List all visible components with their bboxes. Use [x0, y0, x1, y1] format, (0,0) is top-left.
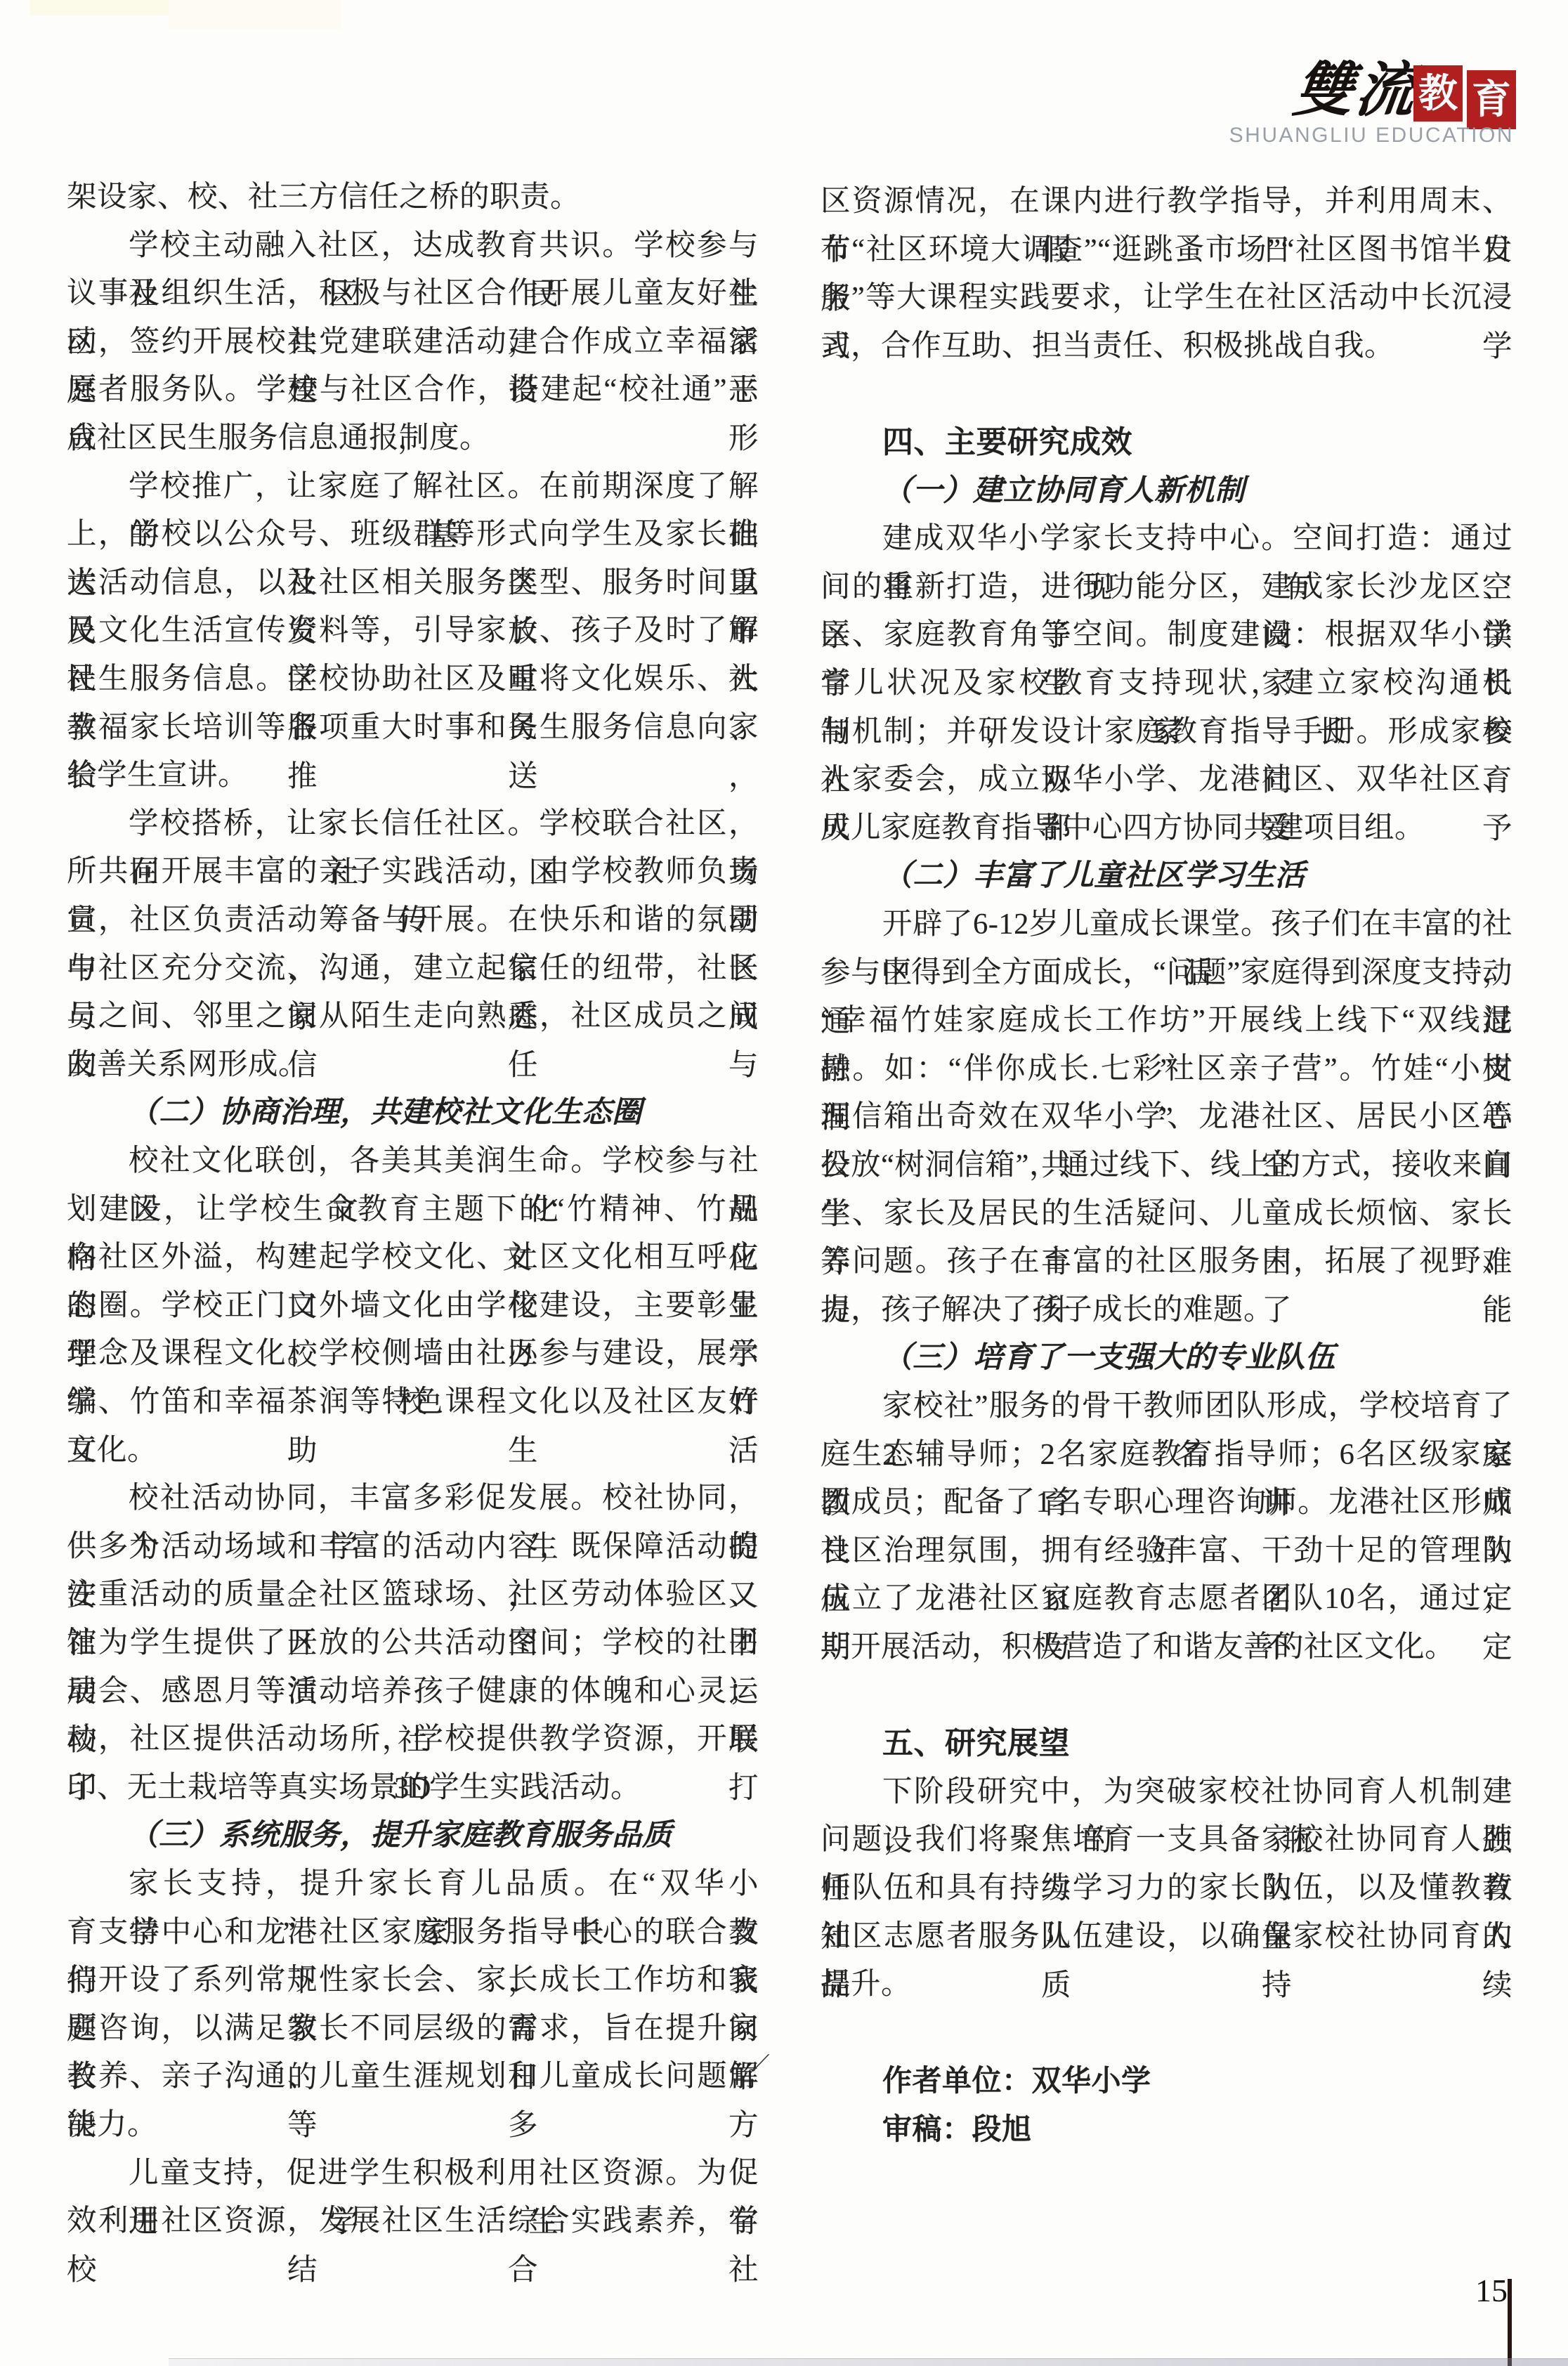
- text-line: 态圈。学校正门口外墙文化由学校建设，主要彰显学校办学: [67, 1281, 759, 1331]
- text-line: 向社区外溢，构建起学校文化、社区文化相互呼应的文化生: [67, 1233, 759, 1282]
- text-line: 提升。: [821, 1960, 1513, 2009]
- text-line: 教养、亲子沟通、儿童生涯规划和儿童成长问题解决等多方: [67, 2052, 759, 2101]
- text-line: 师队伍和具有持续学习力的家长队伍，以及懂教育知儿童的: [821, 1864, 1513, 1913]
- text-line: 持。如：“伴你成长.七彩社区亲子营”。竹娃“小树洞”心: [821, 1045, 1513, 1094]
- text-line: 生、家长及居民的生活疑问、儿童成长烦恼、家长养育困难: [821, 1189, 1513, 1238]
- text-line: 下阶段研究中，为突破家校社协同育人机制建设的瓶颈: [821, 1767, 1513, 1817]
- text-line: 家长支持，提升家长育儿品质。在“双华小学”家长教: [67, 1860, 759, 1909]
- text-line: 馆为学生提供了开放的公共活动空间；学校的社团展演、运: [67, 1619, 759, 1668]
- text-line: 与机制；并研发设计家庭教育指导手册。形成家校社协同育: [821, 707, 1513, 757]
- text-line: 问题，我们将聚焦培育一支具备家校社协同育人胜任力的教: [821, 1815, 1513, 1864]
- author-line: 审稿：段旭: [821, 2105, 1513, 2154]
- text-line: 建成双华小学家长支持中心。空间打造：通过将现有空: [821, 514, 1513, 563]
- text-line: 投放“树洞信箱”，通过线下、线上的方式，接收来自学: [821, 1141, 1513, 1190]
- text-line: 学校推广，让家庭了解社区。在前期深度了解的基础: [67, 462, 759, 511]
- text-line: 区、家庭教育角等空间。制度建设：根据双华小学学生家长: [821, 610, 1513, 660]
- text-line: 布“社区环境大调查”“逛跳蚤市场”“社区图书馆半日服: [821, 226, 1513, 275]
- text-line: 民生服务信息。学校协助社区及时将文化娱乐、社教服务、: [67, 655, 759, 704]
- text-line: 员，社区负责活动筹备与开展。在快乐和谐的氛围中，家长: [67, 896, 759, 945]
- text-line: 校社活动协同，丰富多彩促发展。校社协同，为学生提: [67, 1474, 759, 1523]
- text-line: 动会、感恩月等活动培养孩子健康的体魄和心灵；校社联: [67, 1667, 759, 1716]
- right-column: 区资源情况，在课内进行教学指导，并利用周末、节假日发布“社区环境大调查”“逛跳蚤…: [821, 0, 1513, 2366]
- text-line: 供多个活动场域和丰富的活动内容，既保障活动的安全，又: [67, 1522, 759, 1571]
- text-line: 团成员；配备了1名专职心理咨询师。龙港社区形成良好的: [821, 1478, 1513, 1527]
- text-line: 愿者服务队。学校与社区合作，搭建起“校社通”平台，形: [67, 365, 759, 414]
- text-line: 务”等大课程实践要求，让学生在社区活动中长沉浸式学: [821, 273, 1513, 322]
- text-line: 大活动信息，以及社区相关服务类型、服务时间以及发放市: [67, 558, 759, 608]
- text-line: 注重活动的质量。社区篮球场、社区劳动体验区、社区图书: [67, 1570, 759, 1619]
- text-line: 人家委会，成立双华小学、龙港社区、双华社区、成都爱予: [821, 755, 1513, 804]
- text-line: 校社文化联创，各美其美润生命。学校参与社区文化规: [67, 1137, 759, 1186]
- sub-heading: （三）系统服务，提升家庭教育服务品质: [67, 1811, 759, 1860]
- text-line: 参与中得到全方面成长，“问题”家庭得到深度支持，通过: [821, 948, 1513, 998]
- text-line: 力，孩子解决了孩子成长的难题。: [821, 1286, 1513, 1335]
- text-line: 等问题。孩子在丰富的社区服务中，拓展了视野、提升了能: [821, 1237, 1513, 1286]
- text-line: 庭生态辅导师；2名家庭教育指导师；6名区级家庭教育讲师: [821, 1430, 1513, 1479]
- text-line: 能力。: [67, 2100, 759, 2150]
- text-line: 社区志愿者服务队伍建设，以确保家校社协同育人品质持续: [821, 1912, 1513, 1961]
- text-line: 理念及课程文化。学校侧墙由社区参与建设，展示学校竹: [67, 1329, 759, 1378]
- text-line: 儿童支持，促进学生积极利用社区资源。为促进学生有: [67, 2149, 759, 2198]
- text-line: 与社区充分交流、沟通，建立起信任的纽带，社区与家庭成: [67, 944, 759, 993]
- text-line: 议事及组织生活，积极与社区合作开展儿童友好社区共建活: [67, 269, 759, 318]
- text-line: 文化。: [67, 1426, 759, 1475]
- text-line: 育儿状况及家校教育支持现状，建立家校沟通机制，家长参: [821, 659, 1513, 708]
- text-line: 家校社”服务的骨干教师团队形成，学校培育了2名家: [821, 1382, 1513, 1431]
- text-line: 幸福家长培训等各项重大时事和民生服务信息向家长推送，: [67, 703, 759, 752]
- section-heading: 五、研究展望: [821, 1719, 1513, 1768]
- text-line: “幸福竹娃家庭成长工作坊”开展线上线下“双线混融”支: [821, 996, 1513, 1045]
- text-line: 员之间、邻里之间从陌生走向熟悉，社区成员之间的信任与: [67, 992, 759, 1041]
- author-line: 作者单位：双华小学: [821, 2056, 1513, 2105]
- text-line: 划建设，让学校生命教育主题下的“竹精神、竹品格”文化: [67, 1185, 759, 1234]
- text-line: 成社区民生服务信息通报制度。: [67, 414, 759, 463]
- magazine-page: 雙流 教 育 SHUANGLIU EDUCATION 架设家、校、社三方信任之桥…: [0, 0, 1568, 2366]
- text-line: 期开展活动，积极营造了和谐友善的社区文化。: [821, 1623, 1513, 1672]
- text-line: 学校搭桥，让家长信任社区。学校联合社区，在社区场: [67, 799, 759, 849]
- text-line: 题咨询，以满足家长不同层级的需求，旨在提升家长的日常: [67, 2004, 759, 2053]
- text-line: 学校主动融入社区，达成教育共识。学校参与社区民生: [67, 221, 759, 270]
- left-column: 架设家、校、社三方信任之桥的职责。学校主动融入社区，达成教育共识。学校参与社区民…: [67, 0, 759, 2366]
- text-line: 们开设了系列常规性家长会、家长成长工作坊和家庭教育问: [67, 1956, 759, 2005]
- text-line: 成立了龙港社区家庭教育志愿者团队10名，通过定期与不定: [821, 1574, 1513, 1623]
- text-line: 架设家、校、社三方信任之桥的职责。: [67, 173, 759, 222]
- scan-bottom-edge: [169, 2358, 1568, 2366]
- text-line: 民文化生活宣传资料等，引导家长、孩子及时了解社区重大: [67, 606, 759, 655]
- text-line: 社区治理氛围，拥有经验丰富、干劲十足的管理队伍11名；: [821, 1527, 1513, 1576]
- text-line: 编、竹笛和幸福茶润等特色课程文化以及社区友好互助生活: [67, 1378, 759, 1427]
- sub-heading: （三）培育了一支强大的专业队伍: [821, 1333, 1513, 1383]
- text-line: 区资源情况，在课内进行教学指导，并利用周末、节假日发: [821, 177, 1513, 226]
- text-line: 间的重新打造，进行功能分区，建成家长沙龙区、亲子阅读: [821, 563, 1513, 612]
- text-line: 给学生宣讲。: [67, 751, 759, 800]
- sub-heading: （一）建立协同育人新机制: [821, 466, 1513, 516]
- text-line: 上，学校以公众号、班级群等形式向学生及家长推送社区重: [67, 510, 759, 559]
- text-line: 育支持中心和龙港社区家庭服务指导中心的联合支持下，我: [67, 1908, 759, 1957]
- text-line: 理信箱出奇效在双华小学、龙港社区、居民小区等公共空间: [821, 1092, 1513, 1142]
- text-line: 习，合作互助、担当责任、积极挑战自我。: [821, 322, 1513, 371]
- text-line: 贝儿家庭教育指导中心四方协同共建项目组。: [821, 804, 1513, 853]
- page-number: 15: [1471, 2272, 1508, 2309]
- text-line: 友善关系网形成。: [67, 1040, 759, 1090]
- page-edge-rule: [1508, 2279, 1512, 2366]
- section-heading: 四、主要研究成效: [821, 418, 1513, 467]
- text-line: 动，签约开展校社党建联建活动，合作成立幸福家庭建设志: [67, 318, 759, 367]
- text-line: 效利用社区资源，发展社区生活综合实践素养，学校结合社: [67, 2197, 759, 2246]
- text-line: 动，社区提供活动场所，学校提供教学资源，开展了3D打: [67, 1715, 759, 1764]
- sub-heading: （二）丰富了儿童社区学习生活: [821, 851, 1513, 901]
- text-line: 印、无土栽培等真实场景的学生实践活动。: [67, 1763, 759, 1812]
- text-line: 开辟了6-12岁儿童成长课堂。孩子们在丰富的社区活动: [821, 900, 1513, 949]
- text-line: 所共同开展丰富的亲子实践活动，由学校教师负责宣传动: [67, 847, 759, 896]
- sub-heading: （二）协商治理，共建校社文化生态圈: [67, 1088, 759, 1137]
